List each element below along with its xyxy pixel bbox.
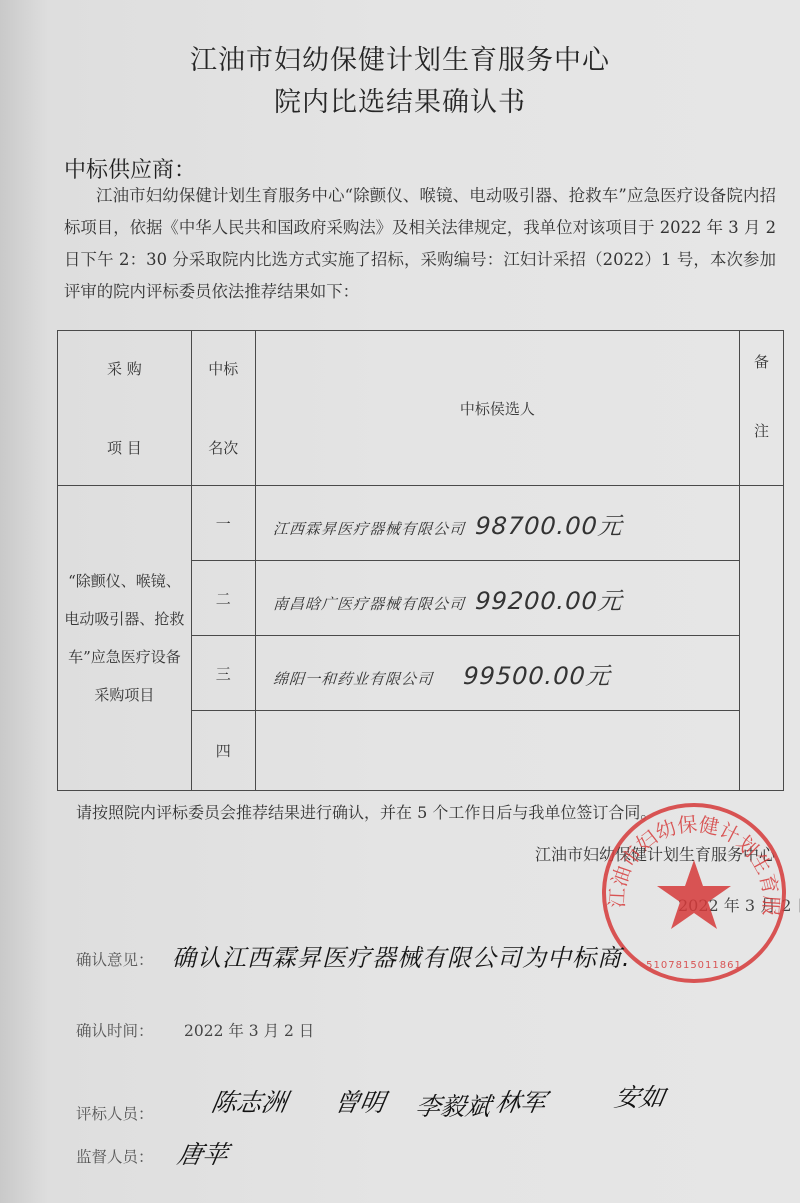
evaluator-signature: 曾明	[332, 1083, 388, 1119]
evaluator-signature: 林军	[493, 1083, 549, 1119]
document-title: 江油市妇幼保健计划生育服务中心	[0, 38, 800, 77]
evaluator-signature: 李毅斌	[413, 1087, 494, 1123]
candidate-name: 绵阳一和药业有限公司	[273, 670, 434, 688]
header-remark-bottom: 注	[754, 420, 769, 441]
supervisor-label: 监督人员：	[76, 1145, 154, 1167]
results-table: 采 购 项 目 中标 名次 中标侯选人 备 注 “除颤仪、喉镜、电动吸引器、抢救…	[57, 330, 784, 791]
opinion-label: 确认意见：	[76, 948, 154, 970]
candidate-cell: 绵阳一和药业有限公司99500.00元	[253, 636, 743, 711]
evaluator-signature: 陈志洲	[209, 1083, 290, 1119]
rank-cell: 三	[191, 636, 255, 711]
candidate-amount: 98700.00元	[475, 512, 624, 540]
candidate-name: 江西霖昇医疗器械有限公司	[273, 520, 466, 538]
table-header-row: 采 购 项 目 中标 名次 中标侯选人 备 注	[58, 331, 784, 486]
seal-code: 5107815011861	[646, 960, 742, 971]
remark-cell	[740, 486, 784, 791]
candidate-name	[273, 745, 274, 763]
rank-cell: 二	[191, 561, 255, 636]
header-project-bottom: 项 目	[107, 437, 142, 458]
contract-note: 请按照院内评标委员会推荐结果进行确认，并在 5 个工作日后与我单位签订合同。	[76, 800, 656, 823]
document-subtitle: 院内比选结果确认书	[0, 80, 800, 119]
evaluators-label: 评标人员：	[76, 1102, 154, 1124]
candidate-cell	[252, 711, 742, 791]
evaluator-signature: 安如	[612, 1078, 668, 1114]
candidate-amount: 99500.00元	[463, 662, 612, 690]
header-rank-bottom: 名次	[208, 437, 238, 458]
intro-paragraph: 江油市妇幼保健计划生育服务中心“除颤仪、喉镜、电动吸引器、抢救车”应急医疗设备院…	[64, 180, 776, 308]
header-candidate: 中标侯选人	[255, 331, 739, 486]
header-rank-top: 中标	[208, 358, 238, 379]
project-name-cell: “除颤仪、喉镜、电动吸引器、抢救车”应急医疗设备采购项目	[58, 486, 192, 791]
header-remark-top: 备	[754, 351, 769, 372]
opinion-value: 确认江西霖昇医疗器械有限公司为中标商.	[172, 938, 631, 973]
confirm-time-value: 2022 年 3 月 2 日	[184, 1019, 314, 1041]
header-rank: 中标 名次	[191, 331, 255, 486]
candidate-cell: 江西霖昇医疗器械有限公司98700.00元	[253, 486, 743, 561]
table-row: “除颤仪、喉镜、电动吸引器、抢救车”应急医疗设备采购项目 一 江西霖昇医疗器械有…	[58, 486, 784, 561]
candidate-name: 南昌晗广医疗器械有限公司	[273, 595, 466, 613]
header-remark: 备 注	[740, 331, 784, 486]
candidate-amount: 99200.00元	[475, 587, 624, 615]
confirm-time-label: 确认时间：	[76, 1019, 154, 1041]
rank-cell: 四	[191, 711, 255, 791]
candidate-cell: 南昌晗广医疗器械有限公司99200.00元	[253, 561, 743, 636]
rank-cell: 一	[191, 486, 255, 561]
header-project-top: 采 购	[107, 358, 142, 379]
supervisor-signature: 唐苹	[175, 1135, 231, 1171]
candidate-amount	[283, 737, 285, 765]
header-project: 采 购 项 目	[58, 331, 192, 486]
